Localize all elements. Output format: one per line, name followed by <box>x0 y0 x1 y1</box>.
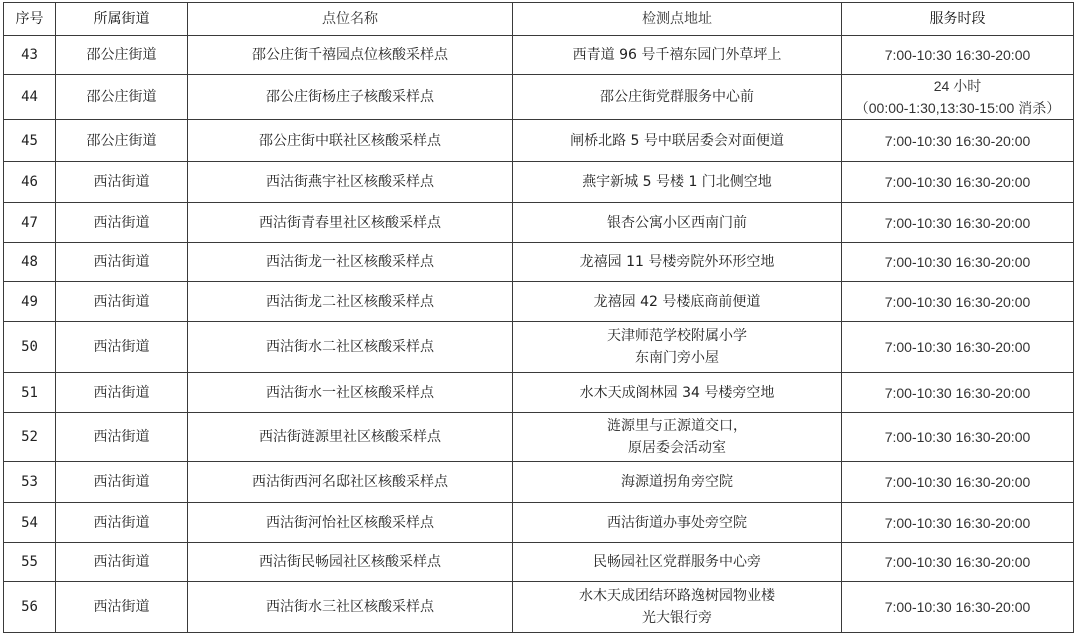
address-line: 涟源里与正源道交口， <box>515 415 839 437</box>
cell-hours: 7:00-10:30 16:30-20:00 <box>842 373 1074 413</box>
address-line: 东南门旁小屋 <box>515 347 839 369</box>
cell-no: 45 <box>4 120 56 162</box>
cell-hours: 7:00-10:30 16:30-20:00 <box>842 503 1074 543</box>
hours-line: 7:00-10:30 16:30-20:00 <box>844 512 1071 534</box>
address-line: 银杏公寓小区西南门前 <box>515 212 839 234</box>
cell-street: 西沽街道 <box>56 282 188 322</box>
testing-sites-table: 序号 所属街道 点位名称 检测点地址 服务时段 43邵公庄街道邵公庄街千禧园点位… <box>3 2 1074 633</box>
address-line: 水木天成团结环路逸树园物业楼 <box>515 585 839 607</box>
table-row: 49西沽街道西沽街龙二社区核酸采样点龙禧园 42 号楼底商前便道7:00-10:… <box>4 282 1074 322</box>
cell-street: 西沽街道 <box>56 582 188 633</box>
hours-line: 7:00-10:30 16:30-20:00 <box>844 382 1071 404</box>
header-site-name: 点位名称 <box>188 3 513 36</box>
address-line: 闸桥北路 5 号中联居委会对面便道 <box>515 130 839 152</box>
cell-hours: 7:00-10:30 16:30-20:00 <box>842 203 1074 243</box>
cell-address: 邵公庄街党群服务中心前 <box>513 75 842 120</box>
cell-street: 西沽街道 <box>56 413 188 462</box>
cell-site-name: 西沽街水二社区核酸采样点 <box>188 322 513 373</box>
cell-address: 西沽街道办事处旁空院 <box>513 503 842 543</box>
address-line: 原居委会活动室 <box>515 437 839 459</box>
cell-no: 46 <box>4 162 56 203</box>
hours-line: 7:00-10:30 16:30-20:00 <box>844 551 1071 573</box>
header-hours: 服务时段 <box>842 3 1074 36</box>
cell-address: 涟源里与正源道交口，原居委会活动室 <box>513 413 842 462</box>
cell-hours: 7:00-10:30 16:30-20:00 <box>842 582 1074 633</box>
cell-site-name: 西沽街青春里社区核酸采样点 <box>188 203 513 243</box>
cell-no: 51 <box>4 373 56 413</box>
cell-site-name: 西沽街燕宇社区核酸采样点 <box>188 162 513 203</box>
cell-site-name: 西沽街涟源里社区核酸采样点 <box>188 413 513 462</box>
cell-no: 52 <box>4 413 56 462</box>
cell-no: 44 <box>4 75 56 120</box>
address-line: 西青道 96 号千禧东园门外草坪上 <box>515 44 839 66</box>
cell-address: 水木天成团结环路逸树园物业楼光大银行旁 <box>513 582 842 633</box>
cell-address: 银杏公寓小区西南门前 <box>513 203 842 243</box>
cell-address: 海源道拐角旁空院 <box>513 462 842 503</box>
cell-address: 天津师范学校附属小学东南门旁小屋 <box>513 322 842 373</box>
table-row: 51西沽街道西沽街水一社区核酸采样点水木天成阁林园 34 号楼旁空地7:00-1… <box>4 373 1074 413</box>
cell-street: 西沽街道 <box>56 322 188 373</box>
cell-address: 龙禧园 42 号楼底商前便道 <box>513 282 842 322</box>
address-line: 民畅园社区党群服务中心旁 <box>515 551 839 573</box>
hours-line: 7:00-10:30 16:30-20:00 <box>844 130 1071 152</box>
hours-line: 7:00-10:30 16:30-20:00 <box>844 426 1071 448</box>
cell-site-name: 邵公庄街中联社区核酸采样点 <box>188 120 513 162</box>
cell-site-name: 西沽街龙二社区核酸采样点 <box>188 282 513 322</box>
cell-no: 48 <box>4 243 56 282</box>
address-line: 天津师范学校附属小学 <box>515 325 839 347</box>
header-no: 序号 <box>4 3 56 36</box>
cell-site-name: 西沽街水一社区核酸采样点 <box>188 373 513 413</box>
cell-address: 水木天成阁林园 34 号楼旁空地 <box>513 373 842 413</box>
address-line: 燕宇新城 5 号楼 1 门北侧空地 <box>515 171 839 193</box>
table-row: 50西沽街道西沽街水二社区核酸采样点天津师范学校附属小学东南门旁小屋7:00-1… <box>4 322 1074 373</box>
hours-line: 7:00-10:30 16:30-20:00 <box>844 471 1071 493</box>
cell-site-name: 西沽街西河名邸社区核酸采样点 <box>188 462 513 503</box>
cell-address: 闸桥北路 5 号中联居委会对面便道 <box>513 120 842 162</box>
table-row: 55西沽街道西沽街民畅园社区核酸采样点民畅园社区党群服务中心旁7:00-10:3… <box>4 543 1074 582</box>
table-row: 53西沽街道西沽街西河名邸社区核酸采样点海源道拐角旁空院7:00-10:30 1… <box>4 462 1074 503</box>
table-row: 52西沽街道西沽街涟源里社区核酸采样点涟源里与正源道交口，原居委会活动室7:00… <box>4 413 1074 462</box>
cell-hours: 7:00-10:30 16:30-20:00 <box>842 162 1074 203</box>
table-row: 54西沽街道西沽街河怡社区核酸采样点西沽街道办事处旁空院7:00-10:30 1… <box>4 503 1074 543</box>
cell-site-name: 邵公庄街千禧园点位核酸采样点 <box>188 36 513 75</box>
hours-line: 7:00-10:30 16:30-20:00 <box>844 291 1071 313</box>
header-row: 序号 所属街道 点位名称 检测点地址 服务时段 <box>4 3 1074 36</box>
cell-hours: 7:00-10:30 16:30-20:00 <box>842 543 1074 582</box>
address-line: 西沽街道办事处旁空院 <box>515 512 839 534</box>
hours-line: 7:00-10:30 16:30-20:00 <box>844 336 1071 358</box>
cell-hours: 7:00-10:30 16:30-20:00 <box>842 462 1074 503</box>
address-line: 海源道拐角旁空院 <box>515 471 839 493</box>
address-line: 邵公庄街党群服务中心前 <box>515 86 839 108</box>
table-row: 56西沽街道西沽街水三社区核酸采样点水木天成团结环路逸树园物业楼光大银行旁7:0… <box>4 582 1074 633</box>
cell-site-name: 西沽街民畅园社区核酸采样点 <box>188 543 513 582</box>
cell-street: 西沽街道 <box>56 503 188 543</box>
cell-site-name: 邵公庄街杨庄子核酸采样点 <box>188 75 513 120</box>
table-row: 45邵公庄街道邵公庄街中联社区核酸采样点闸桥北路 5 号中联居委会对面便道7:0… <box>4 120 1074 162</box>
cell-hours: 7:00-10:30 16:30-20:00 <box>842 322 1074 373</box>
cell-no: 54 <box>4 503 56 543</box>
cell-street: 西沽街道 <box>56 543 188 582</box>
table-row: 44邵公庄街道邵公庄街杨庄子核酸采样点邵公庄街党群服务中心前24 小时（00:0… <box>4 75 1074 120</box>
cell-site-name: 西沽街河怡社区核酸采样点 <box>188 503 513 543</box>
cell-no: 56 <box>4 582 56 633</box>
cell-street: 西沽街道 <box>56 243 188 282</box>
cell-street: 西沽街道 <box>56 162 188 203</box>
cell-hours: 7:00-10:30 16:30-20:00 <box>842 243 1074 282</box>
cell-site-name: 西沽街水三社区核酸采样点 <box>188 582 513 633</box>
cell-no: 50 <box>4 322 56 373</box>
cell-hours: 7:00-10:30 16:30-20:00 <box>842 120 1074 162</box>
address-line: 水木天成阁林园 34 号楼旁空地 <box>515 382 839 404</box>
cell-street: 西沽街道 <box>56 373 188 413</box>
hours-line: 7:00-10:30 16:30-20:00 <box>844 212 1071 234</box>
cell-no: 47 <box>4 203 56 243</box>
hours-line: 7:00-10:30 16:30-20:00 <box>844 596 1071 618</box>
cell-street: 邵公庄街道 <box>56 75 188 120</box>
address-line: 龙禧园 42 号楼底商前便道 <box>515 291 839 313</box>
cell-address: 民畅园社区党群服务中心旁 <box>513 543 842 582</box>
table-row: 47西沽街道西沽街青春里社区核酸采样点银杏公寓小区西南门前7:00-10:30 … <box>4 203 1074 243</box>
cell-no: 43 <box>4 36 56 75</box>
table-row: 43邵公庄街道邵公庄街千禧园点位核酸采样点西青道 96 号千禧东园门外草坪上7:… <box>4 36 1074 75</box>
cell-hours: 24 小时（00:00-1:30,13:30-15:00 消杀） <box>842 75 1074 120</box>
cell-street: 西沽街道 <box>56 203 188 243</box>
cell-address: 西青道 96 号千禧东园门外草坪上 <box>513 36 842 75</box>
header-street: 所属街道 <box>56 3 188 36</box>
hours-line: 7:00-10:30 16:30-20:00 <box>844 44 1071 66</box>
hours-line: （00:00-1:30,13:30-15:00 消杀） <box>844 97 1071 119</box>
hours-line: 7:00-10:30 16:30-20:00 <box>844 251 1071 273</box>
cell-street: 西沽街道 <box>56 462 188 503</box>
cell-street: 邵公庄街道 <box>56 120 188 162</box>
cell-site-name: 西沽街龙一社区核酸采样点 <box>188 243 513 282</box>
cell-no: 49 <box>4 282 56 322</box>
header-address: 检测点地址 <box>513 3 842 36</box>
address-line: 龙禧园 11 号楼旁院外环形空地 <box>515 251 839 273</box>
hours-line: 7:00-10:30 16:30-20:00 <box>844 171 1071 193</box>
cell-hours: 7:00-10:30 16:30-20:00 <box>842 282 1074 322</box>
cell-hours: 7:00-10:30 16:30-20:00 <box>842 413 1074 462</box>
cell-hours: 7:00-10:30 16:30-20:00 <box>842 36 1074 75</box>
cell-street: 邵公庄街道 <box>56 36 188 75</box>
table-row: 46西沽街道西沽街燕宇社区核酸采样点燕宇新城 5 号楼 1 门北侧空地7:00-… <box>4 162 1074 203</box>
cell-no: 53 <box>4 462 56 503</box>
cell-address: 燕宇新城 5 号楼 1 门北侧空地 <box>513 162 842 203</box>
cell-address: 龙禧园 11 号楼旁院外环形空地 <box>513 243 842 282</box>
table-row: 48西沽街道西沽街龙一社区核酸采样点龙禧园 11 号楼旁院外环形空地7:00-1… <box>4 243 1074 282</box>
address-line: 光大银行旁 <box>515 607 839 629</box>
hours-line: 24 小时 <box>844 75 1071 97</box>
cell-no: 55 <box>4 543 56 582</box>
